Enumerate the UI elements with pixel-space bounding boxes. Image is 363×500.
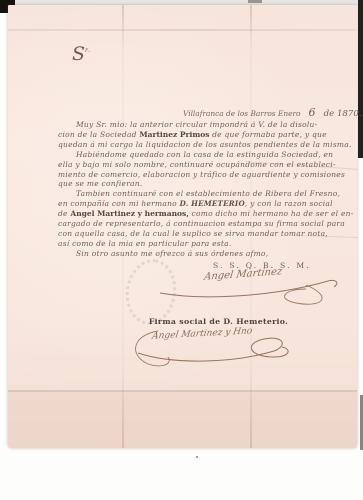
signature-social: Angel Martinez y Hno (124, 323, 294, 375)
body-text: Sin otro asunto me ofrezco á sus órdenes… (76, 249, 268, 258)
body-line: Muy Sr. mio: la anterior circular impond… (58, 120, 350, 130)
body-text: Habiéndome quedado con la casa de la est… (76, 150, 333, 159)
dust-speck (196, 456, 198, 458)
body-text: en compañía con mi hermano (58, 199, 180, 208)
body-emphasis: Martinez Primos (139, 130, 209, 139)
horizontal-fold-top (8, 29, 357, 31)
dateline-handwritten-day: 6 (309, 106, 316, 119)
body-line: ella y bajo mi solo nombre, continuaré o… (58, 160, 350, 170)
body-line: Habiéndome quedado con la casa de la est… (58, 150, 350, 160)
body-text: , y con la razon social (245, 199, 333, 208)
scan-frame: Sr. Villafranca de los Barros Enero 6 de… (0, 0, 363, 500)
body-text: como dicho mi hermano ha de ser el en- (189, 209, 354, 218)
body-line: que se me confieran. (58, 179, 350, 189)
body-line: Sin otro asunto me ofrezco á sus órdenes… (58, 249, 350, 259)
body-text: quedan á mi cargo la liquidacion de los … (58, 140, 352, 149)
body-text: con aquella casa, de la cual le suplico … (58, 229, 328, 238)
signature-main: Angel Martinez (156, 263, 346, 309)
body-line: con aquella casa, de la cual le suplico … (58, 229, 350, 239)
fold-shading-bottom (8, 392, 357, 448)
scanned-letter-page: { "document": { "kind": "scanned printed… (0, 0, 363, 500)
body-text: de (58, 209, 70, 218)
body-line: en compañía con mi hermano D. HEMETERIO,… (58, 199, 350, 209)
body-emphasis: Angel Martinez y hermanos, (70, 209, 189, 218)
body-line: quedan á mi cargo la liquidacion de los … (58, 140, 350, 150)
dateline-place: Villafranca de los Barros Enero (183, 109, 300, 118)
dateline-year: de 1870. (324, 109, 362, 119)
body-text: cargado de representarlo, á continuacion… (58, 219, 345, 228)
body-line: cion de la Sociedad Martinez Primos de q… (58, 130, 350, 140)
body-text: miento de comercio, elaboracion y tráfic… (58, 170, 345, 179)
body-line: cargado de representarlo, á continuacion… (58, 219, 350, 229)
letter-paper: Sr. Villafranca de los Barros Enero 6 de… (8, 5, 357, 448)
body-text: ella y bajo mi solo nombre, continuaré o… (58, 160, 336, 169)
body-text: Tambien continuaré con el establecimient… (76, 189, 340, 198)
body-text: cion de la Sociedad (58, 130, 139, 139)
scanner-right-edge (358, 0, 363, 158)
dateline: Villafranca de los Barros Enero 6 de 187… (183, 101, 349, 120)
body-text: así como de la mia en particular para es… (58, 239, 232, 248)
body-line: Tambien continuaré con el establecimient… (58, 189, 350, 199)
letter-body: Muy Sr. mio: la anterior circular impond… (58, 120, 350, 259)
body-text: que se me confieran. (58, 179, 143, 188)
body-line: así como de la mia en particular para es… (58, 239, 350, 249)
body-line: de Angel Martinez y hermanos, como dicho… (58, 209, 350, 219)
handwritten-senor-mark: Sr. (72, 41, 91, 64)
body-emphasis: D. HEMETERIO (180, 199, 245, 208)
body-text: Muy Sr. mio: la anterior circular impond… (76, 120, 317, 129)
horizontal-fold-bottom (8, 390, 357, 392)
body-line: miento de comercio, elaboracion y tráfic… (58, 170, 350, 180)
scanner-top-dash (248, 0, 262, 3)
body-text: de que formaba parte, y que (209, 130, 326, 139)
